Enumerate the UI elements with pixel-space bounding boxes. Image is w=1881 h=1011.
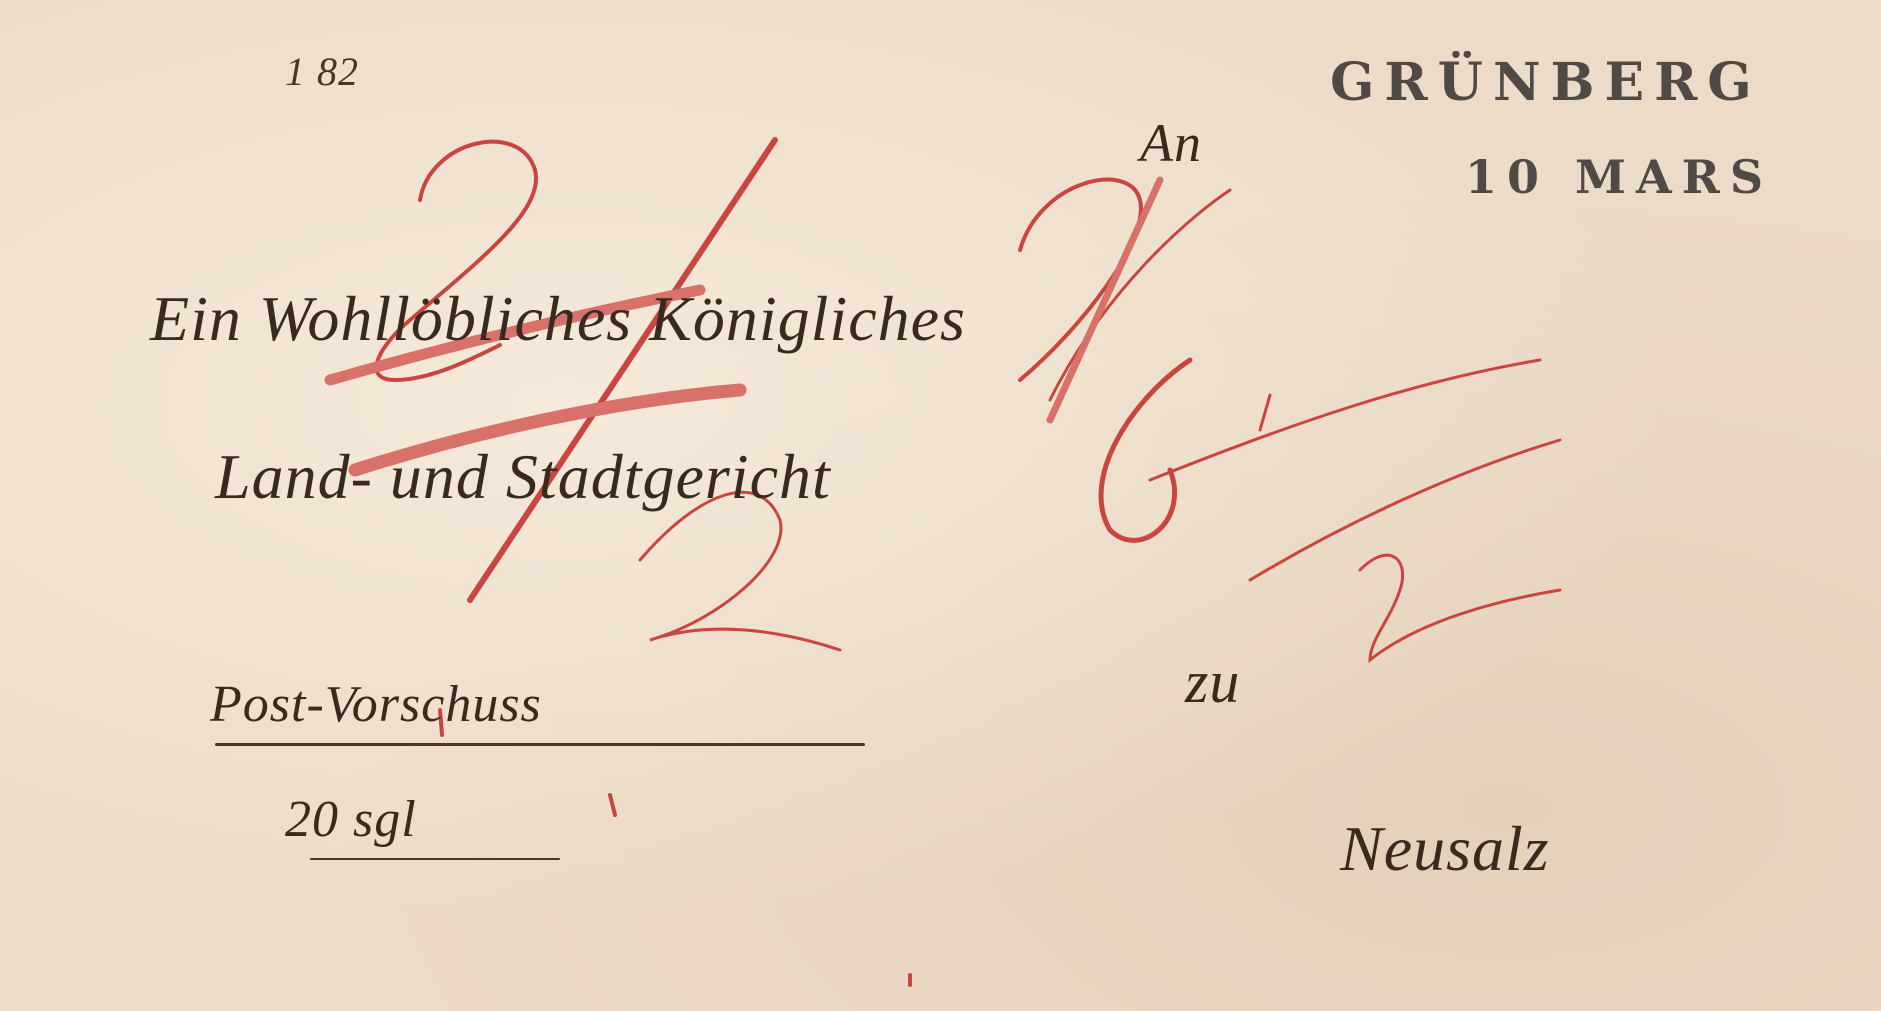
postmark-town: GRÜNBERG <box>1330 52 1762 113</box>
address-line-2: Land- und Stadtgericht <box>215 440 831 514</box>
postal-cover: 1 82 GRÜNBERG 10 MARS An Ein Wohllöblich… <box>0 0 1881 1011</box>
docket-note: 1 82 <box>285 48 359 95</box>
address-preposition: zu <box>1185 648 1240 717</box>
postal-advance-underline <box>215 743 865 746</box>
address-destination: Neusalz <box>1340 812 1550 886</box>
address-salutation: An <box>1140 112 1202 174</box>
address-line-1: Ein Wohllöbliches Königliches <box>150 282 966 356</box>
postal-advance-amount: 20 sgl <box>285 790 417 849</box>
postal-amount-underline <box>310 858 560 860</box>
postmark-date: 10 MARS <box>1465 150 1773 204</box>
postal-advance-label: Post-Vorschuss <box>210 675 542 734</box>
